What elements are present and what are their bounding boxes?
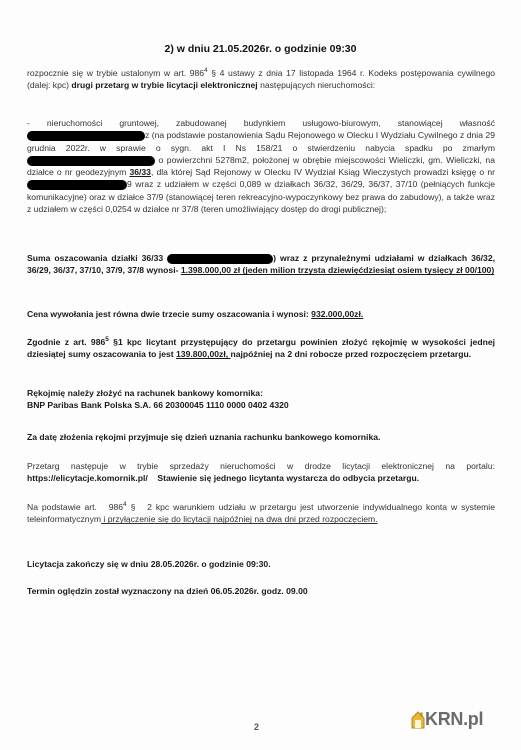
starting-price-amount: 932.000,00zł. [311, 309, 363, 319]
redaction-box [27, 180, 127, 190]
watermark-text: KRN.pl [425, 709, 483, 730]
property-text: - nieruchomości gruntowej, zabudowanej b… [27, 118, 495, 128]
inspection-date: Termin oględzin został wyznaczony na dzi… [27, 585, 495, 597]
krn-watermark: KRN.pl [411, 709, 483, 730]
valuation-text: Suma oszacowania działki 36/33 [27, 253, 167, 263]
portal-link[interactable]: https://elicytacje.komornik.pl/ [27, 473, 148, 483]
intro-text: rozpocznie się w trybie ustalonym w art.… [27, 68, 204, 78]
redaction-box [27, 156, 155, 166]
auction-end: Licytacja zakończy się w dniu 28.05.2026… [27, 558, 495, 570]
starting-price-text: Cena wywołania jest równa dwie trzecie s… [27, 309, 311, 319]
property-text: , dla której Sąd Rejonowy w Olecku IV Wy… [151, 167, 495, 177]
deposit-date-paragraph: Za datę złożenia rękojmi przyjmuje się d… [27, 431, 495, 443]
intro-paragraph: rozpocznie się w trybie ustalonym w art.… [27, 67, 495, 92]
house-icon [411, 711, 425, 729]
bank-account: BNP Paribas Bank Polska S.A. 66 20300045… [27, 399, 495, 411]
document-page: 2) w dniu 21.05.2026r. o godzinie 09:30 … [0, 0, 521, 750]
valuation-paragraph: Suma oszacowania działki 36/33 ) wraz z … [27, 252, 495, 277]
condition-paragraph: Na podstawie art. 9864 § 2 kpc warunkiem… [27, 501, 495, 526]
intro-text: następujących nieruchomości: [258, 80, 376, 90]
auction-type: drugi przetarg w trybie licytacji elektr… [71, 80, 257, 90]
parcel-number: 36/33 [129, 167, 151, 177]
bank-paragraph: Rękojmię należy złożyć na rachunek banko… [27, 387, 495, 412]
deposit-text: Zgodnie z art. 986 [27, 337, 105, 347]
property-paragraph: - nieruchomości gruntowej, zabudowanej b… [27, 117, 495, 215]
redaction-box [27, 131, 145, 141]
starting-price-paragraph: Cena wywołania jest równa dwie trzecie s… [27, 308, 495, 320]
bank-instruction: Rękojmię należy złożyć na rachunek banko… [27, 387, 495, 399]
auction-heading: 2) w dniu 21.05.2026r. o godzinie 09:30 [0, 43, 521, 55]
portal-paragraph: Przetarg następuje w trybie sprzedaży ni… [27, 460, 495, 485]
condition-text: Na podstawie art. 986 [27, 502, 123, 512]
portal-note: Stawienie się jednego licytanta wystarcz… [148, 473, 419, 483]
deposit-amount: 139.800,00zł, [176, 349, 230, 359]
deposit-text: najpóźniej na 2 dni robocze przed rozpoc… [231, 349, 472, 359]
deposit-paragraph: Zgodnie z art. 9865 §1 kpc licytant przy… [27, 336, 495, 361]
condition-underlined: i przyłączenie się do licytacji najpóźni… [101, 514, 378, 524]
redaction-box [167, 254, 273, 264]
portal-text: Przetarg następuje w trybie sprzedaży ni… [27, 461, 495, 471]
valuation-amount: 1.398.000,00 zł (jeden milion trzysta dz… [181, 265, 494, 275]
page-number: 2 [254, 722, 259, 732]
